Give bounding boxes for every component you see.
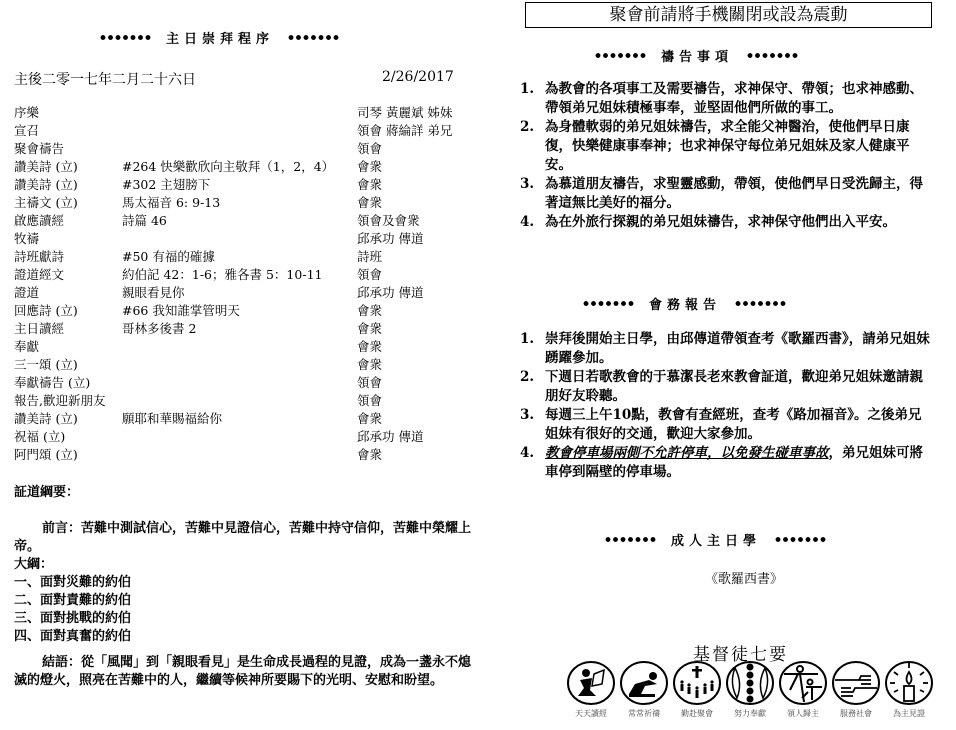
program-item: 奉獻禱告 (立) xyxy=(14,374,90,392)
program-item: 祝福 (立) xyxy=(14,428,65,446)
announcements-page: 聚會前請將手機關閉或設為震動 禱告事項 1.為教會的各項事工及需要禱告，求神保守… xyxy=(480,0,956,730)
worship-program-header: 主日崇拜程序 xyxy=(100,28,340,47)
outline-intro: 前言：苦難中測試信心，苦難中見證信心，苦難中持守信仰，苦難中榮耀上帝。 xyxy=(14,520,474,556)
program-content: 哥林多後書 2 xyxy=(122,320,196,338)
program-row: 祝福 (立) 邱承功 傳道 xyxy=(14,428,464,446)
sunday-school-header: 成人主日學 xyxy=(605,530,827,549)
seven-essentials-icons: 天天讀經 常常祈禱 勤赴聚會 努力奉獻 領人歸主 服務社會 為主見證 xyxy=(566,660,934,719)
program-row: 回應詩 (立) #66 我知誰掌管明天 會衆 xyxy=(14,302,464,320)
outline-conclusion: 結語：從「風聞」到「親眼看見」是生命成長過程的見證，成為一盞永不熄滅的燈火，照亮… xyxy=(14,654,474,690)
outline-point: 一、面對災難的約伯 xyxy=(14,574,474,592)
announcement-item: 1.崇拜後開始主日學，由邱傳道帶領查考《歌羅西書》，請弟兄姐妹踴躍參加。 xyxy=(520,330,930,368)
program-row: 主禱文 (立) 馬太福音 6: 9-13 會衆 xyxy=(14,194,464,212)
program-content: 約伯記 42：1-6；雅各書 5：10-11 xyxy=(122,266,322,284)
reading-bible-icon: 天天讀經 xyxy=(566,660,616,719)
program-leader: 會衆 xyxy=(357,302,382,320)
worship-program-page: 主日崇拜程序 主後二零一七年二月二十六日 2/26/2017 序樂 司琴 黃麗斌… xyxy=(0,0,480,730)
parking-warning: 教會停車場兩側不允許停車，以免發生碰車事故 xyxy=(545,445,829,461)
ornament-left-icon xyxy=(605,536,657,543)
ornament-left-icon xyxy=(100,34,152,41)
announcement-item: 2.下週日若歌教會的于慕潔長老來教會証道，歡迎弟兄姐妹邀請親朋好友聆聽。 xyxy=(520,368,930,406)
church-gathering-icon: 勤赴聚會 xyxy=(672,660,722,719)
fish-offering-icon: 努力奉獻 xyxy=(725,660,775,719)
program-item: 詩班獻詩 xyxy=(14,248,64,266)
program-item: 讚美詩 (立) xyxy=(14,410,78,428)
prayer-item: 2.為身體軟弱的弟兄姐妹禱告，求全能父神醫治，使他們早日康復，快樂健康事奉神；也… xyxy=(520,118,930,175)
program-content: 願耶和華賜福給你 xyxy=(122,410,222,428)
program-row: 讚美詩 (立) #302 主翅膀下 會衆 xyxy=(14,176,464,194)
program-leader: 領會 xyxy=(357,140,382,158)
program-row: 啟應讀經 詩篇 46 領會及會衆 xyxy=(14,212,464,230)
program-row: 聚會禱告 領會 xyxy=(14,140,464,158)
program-leader: 會衆 xyxy=(357,176,382,194)
outline-heading: 証道綱要： xyxy=(14,484,474,502)
program-row: 證道經文 約伯記 42：1-6；雅各書 5：10-11 領會 xyxy=(14,266,464,284)
program-row: 證道 親眼看見你 邱承功 傳道 xyxy=(14,284,464,302)
prayer-header: 禱告事項 xyxy=(595,46,799,65)
program-content: 親眼看見你 xyxy=(122,284,185,302)
program-row: 序樂 司琴 黃麗斌 姊妹 xyxy=(14,104,464,122)
announcement-item: 3.每週三上午10點，教會有查經班，查考《路加福音》。之後弟兄姐妹有很好的交通，… xyxy=(520,406,930,444)
program-row: 奉獻禱告 (立) 領會 xyxy=(14,374,464,392)
program-row: 讚美詩 (立) 願耶和華賜福給你 會衆 xyxy=(14,410,464,428)
outline-point: 二、面對責難的約伯 xyxy=(14,592,474,610)
date-numeric: 2/26/2017 xyxy=(382,69,454,85)
ornament-right-icon xyxy=(288,34,340,41)
program-content: #50 有福的確據 xyxy=(122,248,215,266)
program-item: 宣召 xyxy=(14,122,39,140)
sunday-school-subtitle: 《歌羅西書》 xyxy=(705,568,783,587)
program-item: 讚美詩 (立) xyxy=(14,176,78,194)
outline-point: 三、面對挑戰的約伯 xyxy=(14,610,474,628)
program-leader: 會衆 xyxy=(357,446,382,464)
program-row: 詩班獻詩 #50 有福的確據 詩班 xyxy=(14,248,464,266)
program-leader: 領會 蔣綸詳 弟兄 xyxy=(357,122,452,140)
announcements-list: 1.崇拜後開始主日學，由邱傳道帶領查考《歌羅西書》，請弟兄姐妹踴躍參加。 2.下… xyxy=(520,330,930,482)
program-content: #302 主翅膀下 xyxy=(122,176,210,194)
program-item: 聚會禱告 xyxy=(14,140,64,158)
service-date: 主後二零一七年二月二十六日 2/26/2017 xyxy=(14,69,464,89)
prayer-item: 3.為慕道朋友禱告，求聖靈感動，帶領，使他們早日受洗歸主，得著這無比美好的福分。 xyxy=(520,175,930,213)
ornament-left-icon xyxy=(583,300,635,307)
program-item: 主禱文 (立) xyxy=(14,194,78,212)
program-item: 阿門頌 (立) xyxy=(14,446,78,464)
announcements-header: 會務報告 xyxy=(583,294,787,313)
program-item: 啟應讀經 xyxy=(14,212,64,230)
prayer-title: 禱告事項 xyxy=(661,46,733,65)
phone-notice-box: 聚會前請將手機關閉或設為震動 xyxy=(525,2,932,28)
ornament-right-icon xyxy=(747,52,799,59)
program-item: 序樂 xyxy=(14,104,39,122)
ornament-right-icon xyxy=(735,300,787,307)
sermon-outline: 証道綱要： 前言：苦難中測試信心，苦難中見證信心，苦難中持守信仰，苦難中榮耀上帝… xyxy=(14,484,474,690)
program-item: 證道經文 xyxy=(14,266,64,284)
program-row: 報告,歡迎新朋友 領會 xyxy=(14,392,464,410)
program-leader: 詩班 xyxy=(357,248,382,266)
program-leader: 領會 xyxy=(357,392,382,410)
program-leader: 會衆 xyxy=(357,320,382,338)
program-row: 主日讀經 哥林多後書 2 會衆 xyxy=(14,320,464,338)
program-leader: 領會 xyxy=(357,266,382,284)
ornament-left-icon xyxy=(595,52,647,59)
announcement-item: 4.教會停車場兩側不允許停車，以免發生碰車事故，弟兄姐妹可將車停到隔壁的停車場。 xyxy=(520,444,930,482)
program-content: 馬太福音 6: 9-13 xyxy=(122,194,220,212)
program-row: 奉獻 會衆 xyxy=(14,338,464,356)
prayer-list: 1.為教會的各項事工及需要禱告，求神保守、帶領；也求神感動、帶領弟兄姐妹積極事奉… xyxy=(520,80,930,232)
program-row: 牧禱 邱承功 傳道 xyxy=(14,230,464,248)
program-leader: 邱承功 傳道 xyxy=(357,428,423,446)
ornament-right-icon xyxy=(775,536,827,543)
program-list: 序樂 司琴 黃麗斌 姊妹 宣召 領會 蔣綸詳 弟兄 聚會禱告 領會 讚美詩 (立… xyxy=(14,104,464,464)
program-row: 宣召 領會 蔣綸詳 弟兄 xyxy=(14,122,464,140)
helping-hands-icon: 服務社會 xyxy=(831,660,881,719)
program-row: 三一頌 (立) 會衆 xyxy=(14,356,464,374)
program-leader: 會衆 xyxy=(357,338,382,356)
sunday-school-title: 成人主日學 xyxy=(671,530,761,549)
candle-light-icon: 為主見證 xyxy=(884,660,934,719)
outline-point: 四、面對真奮的約伯 xyxy=(14,628,474,646)
program-leader: 會衆 xyxy=(357,194,382,212)
program-row: 阿門頌 (立) 會衆 xyxy=(14,446,464,464)
program-content: 詩篇 46 xyxy=(122,212,167,230)
program-item: 報告,歡迎新朋友 xyxy=(14,392,105,410)
program-item: 回應詩 (立) xyxy=(14,302,78,320)
program-row: 讚美詩 (立) #264 快樂歡欣向主敬拜（1，2，4） 會衆 xyxy=(14,158,464,176)
leading-person-icon: 領人歸主 xyxy=(778,660,828,719)
program-item: 三一頌 (立) xyxy=(14,356,78,374)
prayer-item: 4.為在外旅行探親的弟兄姐妹禱告，求神保守他們出入平安。 xyxy=(520,213,930,232)
program-leader: 邱承功 傳道 xyxy=(357,230,423,248)
program-leader: 會衆 xyxy=(357,356,382,374)
phone-notice: 聚會前請將手機關閉或設為震動 xyxy=(610,5,848,25)
program-item: 證道 xyxy=(14,284,39,302)
date-chinese: 主後二零一七年二月二十六日 xyxy=(14,72,196,88)
program-leader: 會衆 xyxy=(357,410,382,428)
section-title: 主日崇拜程序 xyxy=(166,28,274,47)
program-leader: 邱承功 傳道 xyxy=(357,284,423,302)
outline-points-heading: 大綱： xyxy=(14,556,474,574)
program-item: 奉獻 xyxy=(14,338,39,356)
prayer-item: 1.為教會的各項事工及需要禱告，求神保守、帶領；也求神感動、帶領弟兄姐妹積極事奉… xyxy=(520,80,930,118)
program-content: #264 快樂歡欣向主敬拜（1，2，4） xyxy=(122,158,334,176)
program-leader: 會衆 xyxy=(357,158,382,176)
program-item: 讚美詩 (立) xyxy=(14,158,78,176)
program-content: #66 我知誰掌管明天 xyxy=(122,302,240,320)
program-leader: 領會及會衆 xyxy=(357,212,420,230)
program-item: 主日讀經 xyxy=(14,320,64,338)
announcements-title: 會務報告 xyxy=(649,294,721,313)
program-item: 牧禱 xyxy=(14,230,39,248)
kneeling-prayer-icon: 常常祈禱 xyxy=(619,660,669,719)
program-leader: 領會 xyxy=(357,374,382,392)
program-leader: 司琴 黃麗斌 姊妹 xyxy=(357,104,452,122)
